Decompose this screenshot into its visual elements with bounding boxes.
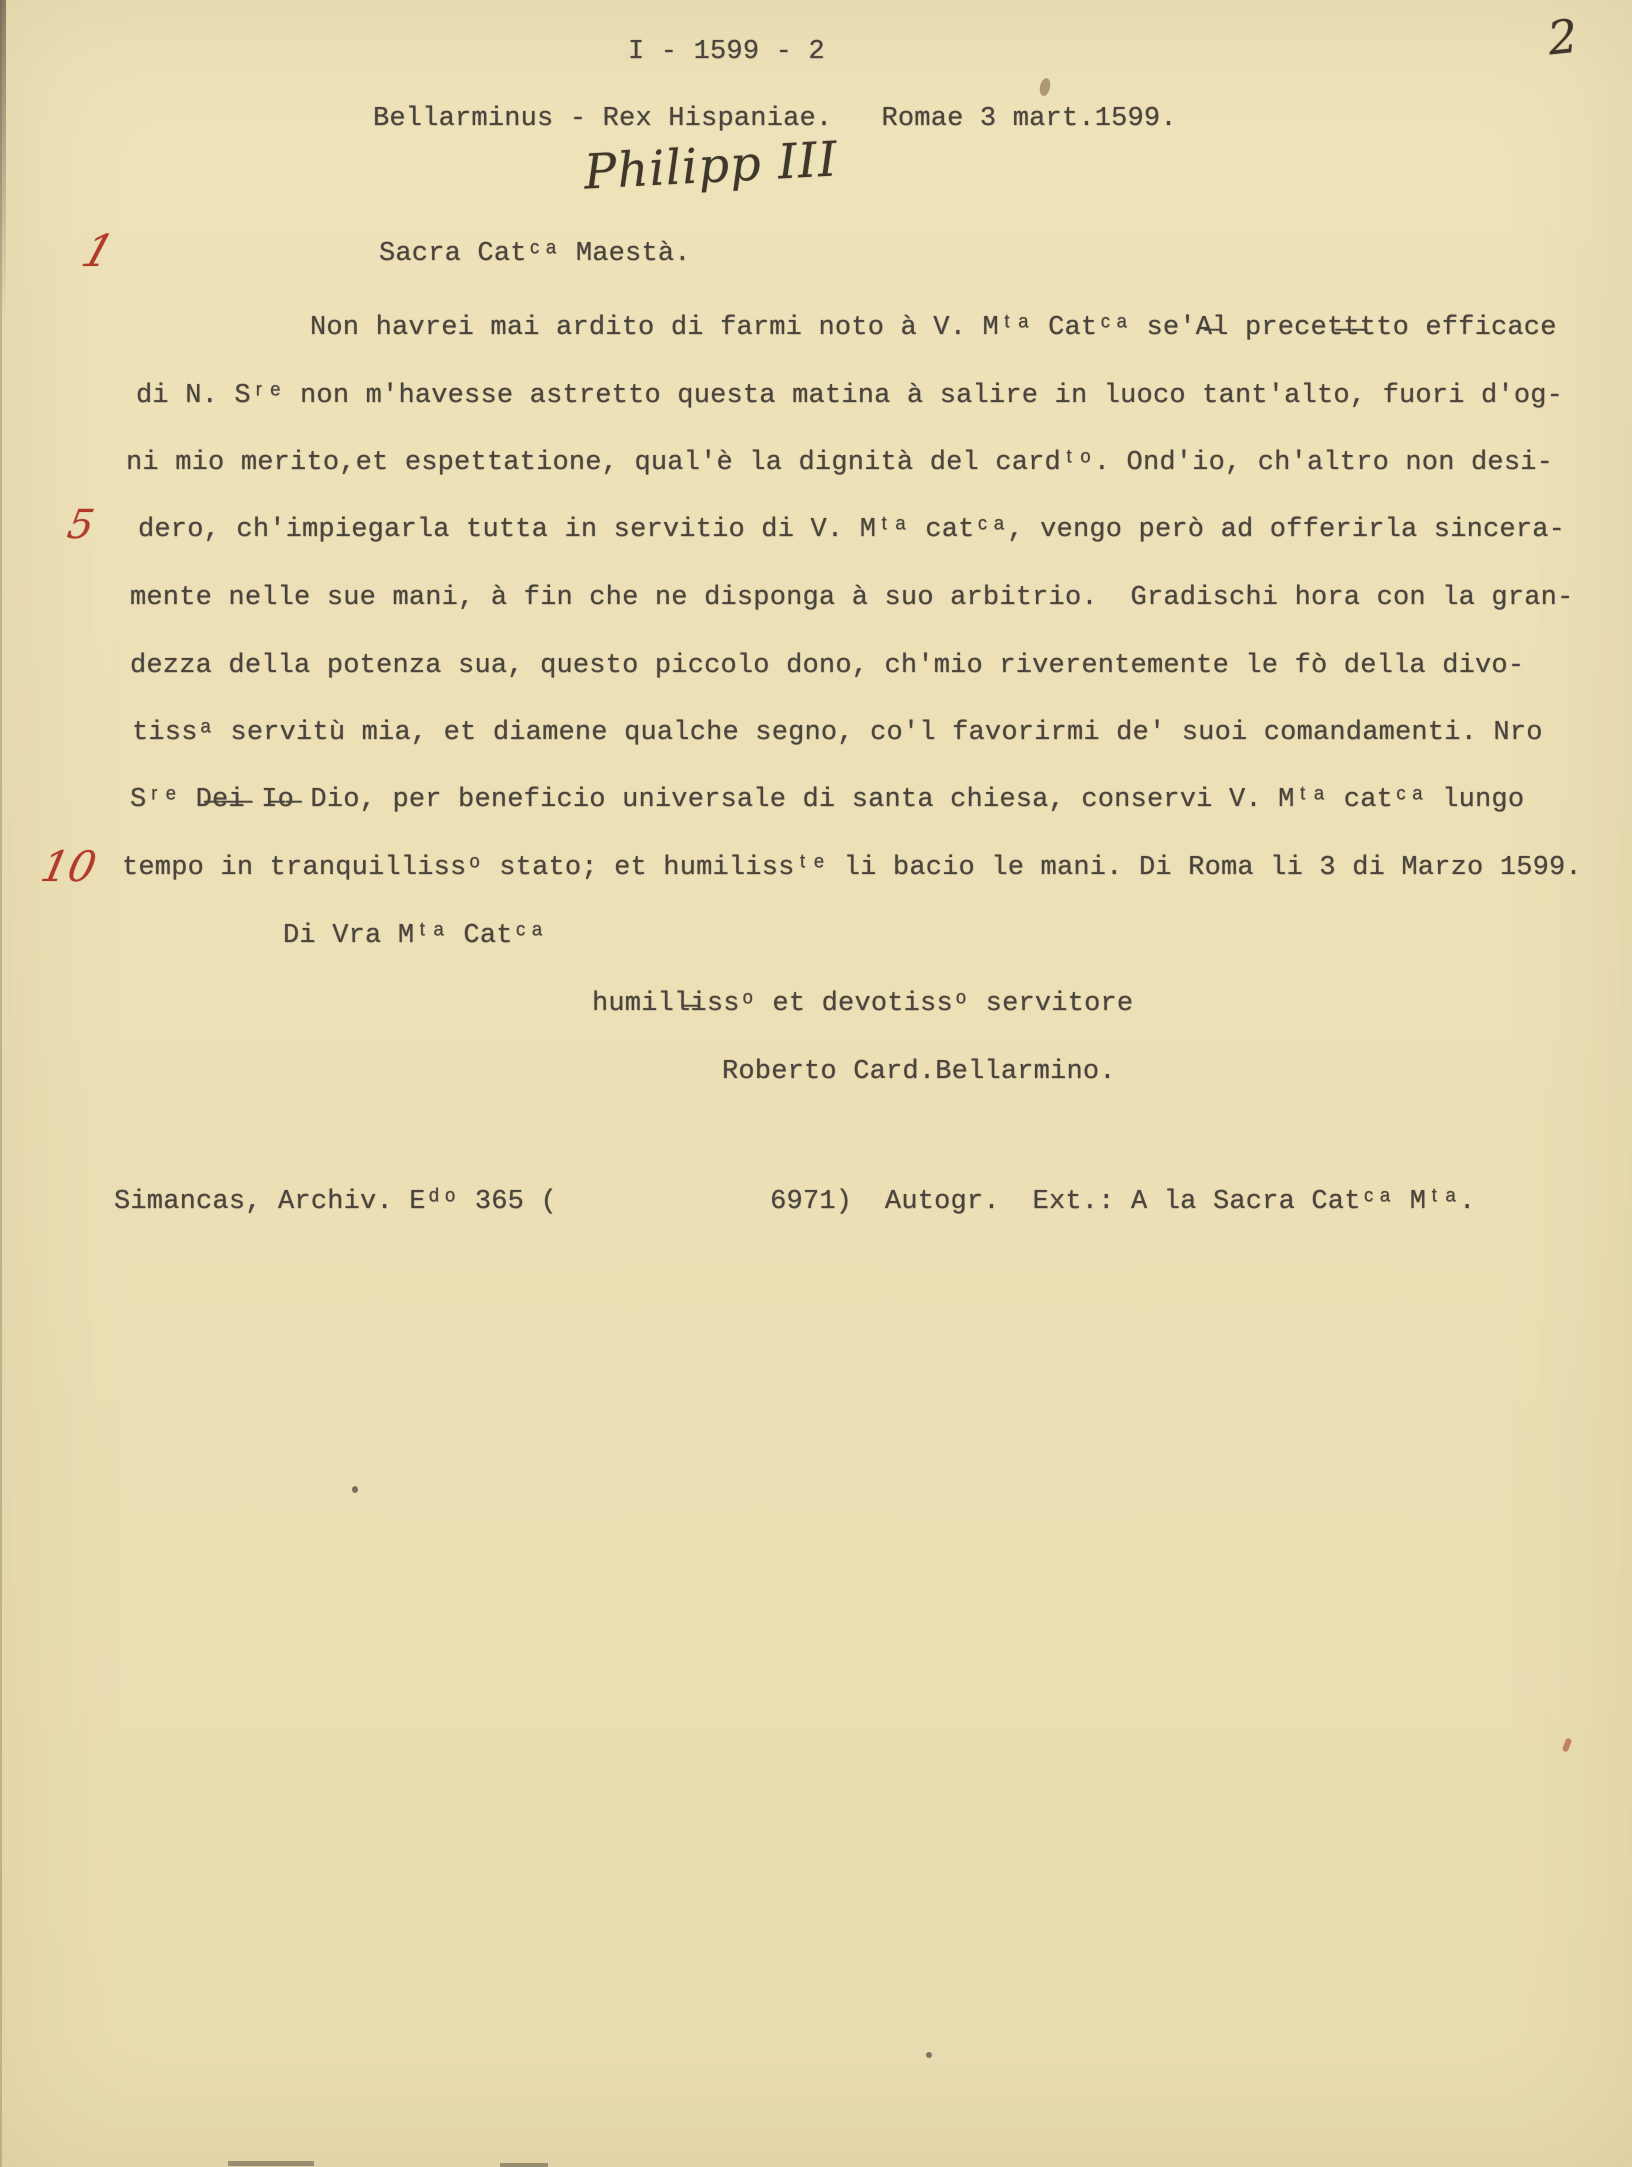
signature: Roberto Card.Bellarmino.	[722, 1056, 1116, 1088]
body-line-7: tissᵃ servitù mia, et diamene qualche se…	[132, 717, 1543, 749]
scan-bottom-mark	[228, 2161, 314, 2166]
body-line-8: Sʳᵉ D̶e̶i̶ I̶o̶ Dio, per beneficio unive…	[130, 784, 1524, 816]
document-page: 2 I - 1599 - 2 Bellarminus - Rex Hispani…	[0, 0, 1632, 2167]
title-line: Bellarminus - Rex Hispaniae. Romae 3 mar…	[373, 103, 1177, 135]
scan-edge-line	[0, 0, 2, 2167]
salutation: Sacra Catᶜᵃ Maestà.	[379, 238, 691, 270]
body-line-2: di N. Sʳᵉ non m'havesse astretto questa …	[136, 380, 1563, 412]
scan-bottom-mark	[500, 2163, 548, 2167]
body-line-6: dezza della potenza sua, questo piccolo …	[130, 650, 1524, 682]
paper-speck	[926, 2052, 932, 2058]
margin-number-5: 5	[64, 502, 98, 548]
body-line-1: Non havrei mai ardito di farmi noto à V.…	[310, 312, 1557, 344]
margin-number-10: 10	[37, 842, 101, 891]
archive-note: Simancas, Archiv. Eᵈᵒ 365 ( 6971) Autogr…	[114, 1186, 1475, 1218]
page-number: 2	[1545, 9, 1580, 66]
header-reference: I - 1599 - 2	[628, 36, 825, 68]
closing-line: Di Vra Mᵗᵃ Catᶜᵃ	[283, 920, 545, 952]
handwritten-annotation: Philipp III	[583, 131, 839, 200]
body-line-3: ni mio merito,et espettatione, qual'è la…	[126, 447, 1553, 479]
paper-speck	[352, 1486, 358, 1493]
red-ink-speck	[1562, 1737, 1573, 1752]
body-line-4: dero, ch'impiegarla tutta in servitio di…	[138, 514, 1565, 546]
margin-number-1: 1	[76, 226, 121, 277]
body-line-5: mente nelle sue mani, à fin che ne dispo…	[130, 582, 1573, 614]
valediction: humill̶issᵒ et devotissᵒ servitore	[592, 988, 1133, 1020]
paper-stain	[1038, 77, 1052, 97]
body-line-9: tempo in tranquillissᵒ stato; et humilis…	[122, 852, 1582, 884]
